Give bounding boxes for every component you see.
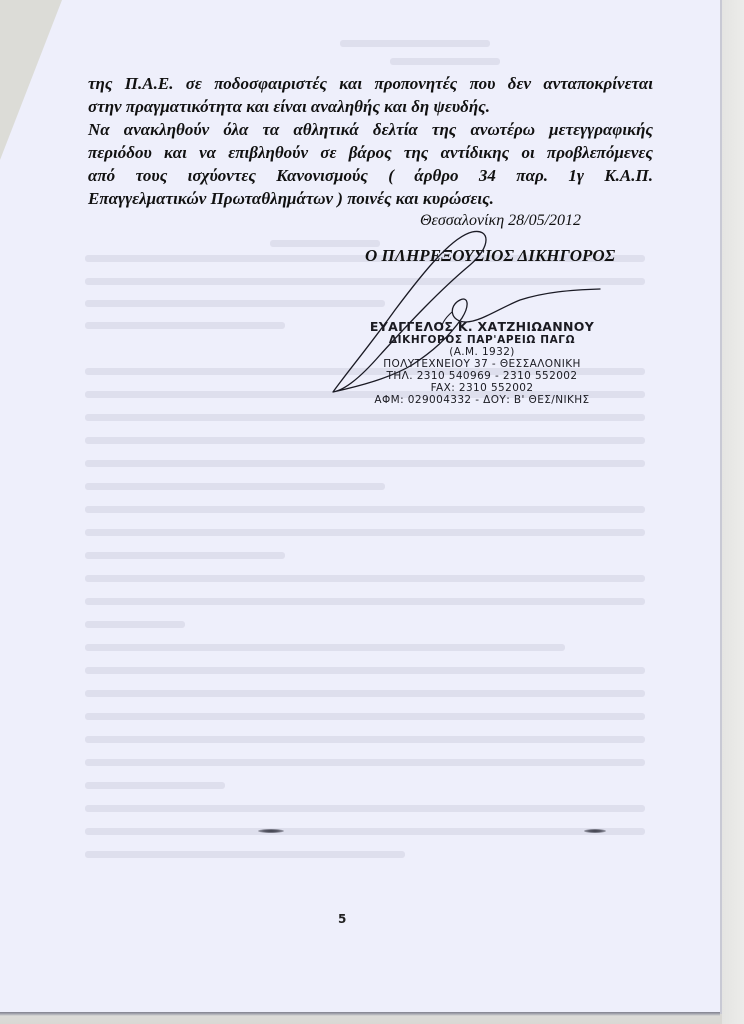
- stamp-name: ΕΥΑΓΓΕΛΟΣ Κ. ΧΑΤΖΗΙΩΑΝΝΟΥ: [352, 320, 612, 334]
- show-through-line: [85, 575, 645, 582]
- body-line: περιόδου και να επιβληθούν σε βάρος της …: [88, 141, 653, 164]
- body-line: Να ανακληθούν όλα τα αθλητικά δελτία της…: [88, 118, 653, 141]
- show-through-line: [390, 58, 500, 65]
- punch-hole-mark: [584, 829, 606, 833]
- show-through-line: [85, 483, 385, 490]
- scan-margin-bottom: [0, 1012, 720, 1024]
- folded-corner: [0, 0, 62, 160]
- stamp-address: ΠΟΛΥΤΕΧΝΕΙΟΥ 37 - ΘΕΣΣΑΛΟΝΙΚΗ: [352, 358, 612, 370]
- lawyer-stamp: ΕΥΑΓΓΕΛΟΣ Κ. ΧΑΤΖΗΙΩΑΝΝΟΥ ΔΙΚΗΓΟΡΟΣ ΠΑΡ'…: [352, 320, 612, 406]
- show-through-line: [270, 240, 380, 247]
- show-through-line: [85, 278, 645, 285]
- show-through-line: [85, 736, 645, 743]
- show-through-line: [85, 828, 645, 835]
- body-line: της Π.Α.Ε. σε ποδοσφαιριστές και προπονη…: [88, 72, 653, 95]
- show-through-line: [85, 414, 645, 421]
- body-line: Επαγγελματικών Πρωταθλημάτων ) ποινές κα…: [88, 187, 653, 210]
- show-through-line: [85, 322, 285, 329]
- show-through-line: [85, 805, 645, 812]
- stamp-fax: FAX: 2310 552002: [352, 382, 612, 394]
- show-through-line: [85, 552, 285, 559]
- show-through-line: [85, 506, 645, 513]
- stamp-role: ΔΙΚΗΓΟΡΟΣ ΠΑΡ'ΑΡΕΙΩ ΠΑΓΩ: [352, 334, 612, 346]
- show-through-line: [85, 851, 405, 858]
- place-and-date: Θεσσαλονίκη 28/05/2012: [420, 212, 581, 230]
- show-through-line: [85, 529, 645, 536]
- stamp-phone: ΤΗΛ. 2310 540969 - 2310 552002: [352, 370, 612, 382]
- show-through-line: [85, 690, 645, 697]
- stamp-tax: ΑΦΜ: 029004332 - ΔΟΥ: Β' ΘΕΣ/ΝΙΚΗΣ: [352, 394, 612, 406]
- show-through-line: [85, 667, 645, 674]
- scan-margin-right: [722, 0, 744, 1024]
- show-through-line: [85, 598, 645, 605]
- body-line: από τους ισχύοντες Κανονισμούς ( άρθρο 3…: [88, 164, 653, 187]
- show-through-line: [340, 40, 490, 47]
- closing-paragraph: της Π.Α.Ε. σε ποδοσφαιριστές και προπονη…: [88, 72, 653, 210]
- show-through-line: [85, 713, 645, 720]
- document-page: της Π.Α.Ε. σε ποδοσφαιριστές και προπονη…: [0, 0, 722, 1014]
- show-through-line: [85, 437, 645, 444]
- show-through-line: [85, 621, 185, 628]
- show-through-line: [85, 759, 645, 766]
- show-through-line: [85, 782, 225, 789]
- show-through-line: [85, 644, 565, 651]
- stamp-registry: (Α.Μ. 1932): [352, 346, 612, 358]
- body-line: στην πραγματικότητα και είναι αναληθής κ…: [88, 95, 653, 118]
- page-number: 5: [338, 912, 346, 926]
- show-through-line: [85, 300, 385, 307]
- punch-hole-mark: [258, 829, 284, 833]
- signatory-heading: Ο ΠΛΗΡΕΞΟΥΣΙΟΣ ΔΙΚΗΓΟΡΟΣ: [365, 246, 615, 266]
- show-through-line: [85, 460, 645, 467]
